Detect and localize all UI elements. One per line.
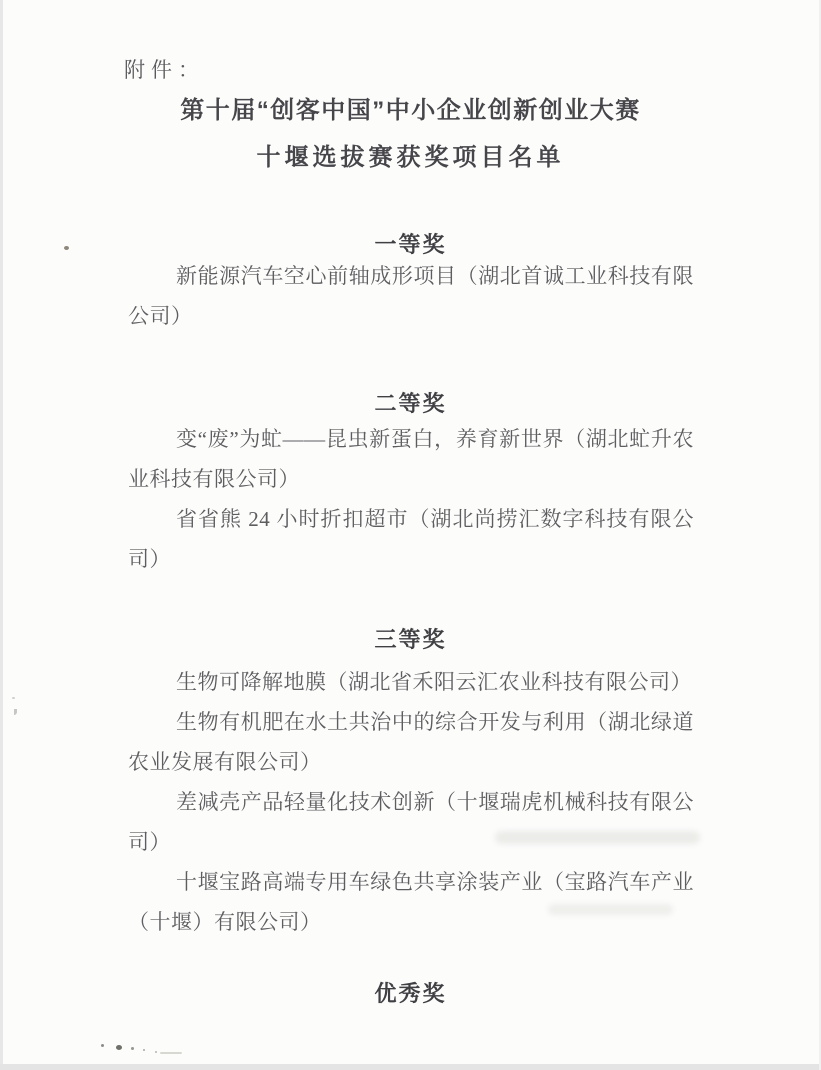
- scan-speck: [64, 246, 69, 250]
- scan-speck: [14, 709, 17, 715]
- document-title-line-2: 十堰选拔赛获奖项目名单: [0, 137, 821, 172]
- scan-speck: [116, 1045, 122, 1050]
- project-list-first-prize: 新能源汽车空心前轴成形项目（湖北首诚工业科技有限公司）: [128, 256, 694, 336]
- document-title-line-1: 第十届“创客中国”中小企业创新创业大赛: [0, 90, 821, 125]
- project-entry: 生物可降解地膜（湖北省禾阳云汇农业科技有限公司）: [128, 662, 694, 702]
- ink-bleed-smudge: [548, 904, 673, 915]
- project-entry: 变“废”为虻——昆虫新蛋白，养育新世界（湖北虻升农业科技有限公司）: [128, 419, 694, 499]
- project-entry: 差减壳产品轻量化技术创新（十堰瑞虎机械科技有限公司）: [128, 782, 694, 862]
- project-entry: 省省熊 24 小时折扣超市（湖北尚捞汇数字科技有限公司）: [128, 499, 694, 579]
- project-list-second-prize: 变“废”为虻——昆虫新蛋白，养育新世界（湖北虻升农业科技有限公司） 省省熊 24…: [128, 419, 694, 579]
- project-entry: 生物有机肥在水土共治中的综合开发与利用（湖北绿道农业发展有限公司）: [128, 702, 694, 782]
- scan-speck: [101, 1044, 104, 1047]
- scan-speck: [155, 1051, 157, 1053]
- scan-speck: [12, 697, 15, 699]
- scan-speck: [160, 1052, 182, 1054]
- scan-edge-bottom: [0, 1064, 821, 1070]
- scan-speck: [143, 1049, 145, 1051]
- award-heading-second-prize: 二等奖: [0, 387, 821, 418]
- project-list-third-prize: 生物可降解地膜（湖北省禾阳云汇农业科技有限公司） 生物有机肥在水土共治中的综合开…: [128, 662, 694, 942]
- award-heading-third-prize: 三等奖: [0, 623, 821, 654]
- project-entry: 十堰宝路高端专用车绿色共享涂装产业（宝路汽车产业（十堰）有限公司）: [128, 862, 694, 942]
- award-heading-merit-prize: 优秀奖: [0, 977, 821, 1008]
- award-heading-first-prize: 一等奖: [0, 228, 821, 259]
- ink-bleed-smudge: [495, 831, 700, 844]
- attachment-label: 附件：: [124, 54, 205, 84]
- scan-speck: [131, 1047, 134, 1050]
- scanned-document-page: 附件： 第十届“创客中国”中小企业创新创业大赛 十堰选拔赛获奖项目名单 一等奖 …: [0, 0, 821, 1070]
- project-entry: 新能源汽车空心前轴成形项目（湖北首诚工业科技有限公司）: [128, 256, 694, 336]
